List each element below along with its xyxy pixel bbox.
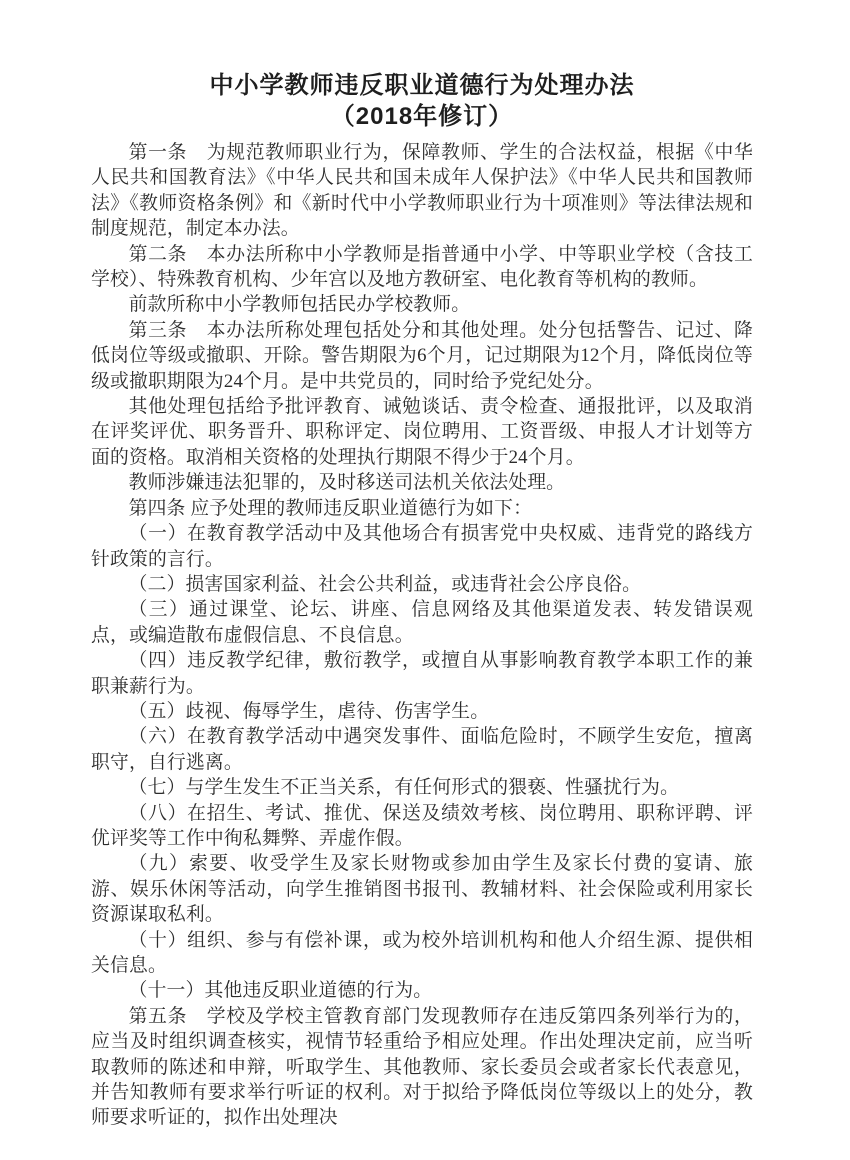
paragraph-item-4: （四）违反教学纪律，敷衍教学，或擅自从事影响教育教学本职工作的兼职兼薪行为。: [91, 648, 753, 699]
paragraph-item-10: （十）组织、参与有偿补课，或为校外培训机构和他人介绍生源、提供相关信息。: [91, 928, 753, 979]
paragraph-article-3: 第三条 本办法所称处理包括处分和其他处理。处分包括警告、记过、降低岗位等级或撤职…: [91, 318, 753, 394]
paragraph-item-7: （七）与学生发生不正当关系，有任何形式的猥亵、性骚扰行为。: [91, 775, 753, 800]
document-body: 第一条 为规范教师职业行为，保障教师、学生的合法权益，根据《中华人民共和国教育法…: [91, 140, 753, 1131]
paragraph-article-3-other: 其他处理包括给予批评教育、诫勉谈话、责令检查、通报批评，以及取消在评奖评优、职务…: [91, 394, 753, 470]
paragraph-article-3-criminal: 教师涉嫌违法犯罪的，及时移送司法机关依法处理。: [91, 470, 753, 495]
paragraph-item-1: （一）在教育教学活动中及其他场合有损害党中央权威、违背党的路线方针政策的言行。: [91, 521, 753, 572]
document-page: 中小学教师违反职业道德行为处理办法 （2018年修订） 第一条 为规范教师职业行…: [0, 0, 850, 1160]
paragraph-article-2-note: 前款所称中小学教师包括民办学校教师。: [91, 292, 753, 317]
paragraph-article-2: 第二条 本办法所称中小学教师是指普通中小学、中等职业学校（含技工学校）、特殊教育…: [91, 242, 753, 293]
paragraph-item-2: （二）损害国家利益、社会公共利益，或违背社会公序良俗。: [91, 572, 753, 597]
paragraph-article-4: 第四条 应予处理的教师违反职业道德行为如下：: [91, 496, 753, 521]
paragraph-item-5: （五）歧视、侮辱学生，虐待、伤害学生。: [91, 699, 753, 724]
paragraph-article-5: 第五条 学校及学校主管教育部门发现教师存在违反第四条列举行为的，应当及时组织调查…: [91, 1004, 753, 1131]
document-title: 中小学教师违反职业道德行为处理办法: [91, 70, 753, 101]
paragraph-item-3: （三）通过课堂、论坛、讲座、信息网络及其他渠道发表、转发错误观点，或编造散布虚假…: [91, 597, 753, 648]
paragraph-item-6: （六）在教育教学活动中遇突发事件、面临危险时，不顾学生安危，擅离职守，自行逃离。: [91, 724, 753, 775]
paragraph-item-11: （十一）其他违反职业道德的行为。: [91, 978, 753, 1003]
paragraph-item-8: （八）在招生、考试、推优、保送及绩效考核、岗位聘用、职称评聘、评优评奖等工作中徇…: [91, 801, 753, 852]
paragraph-item-9: （九）索要、收受学生及家长财物或参加由学生及家长付费的宴请、旅游、娱乐休闲等活动…: [91, 851, 753, 927]
document-subtitle: （2018年修订）: [91, 101, 753, 132]
paragraph-article-1: 第一条 为规范教师职业行为，保障教师、学生的合法权益，根据《中华人民共和国教育法…: [91, 140, 753, 242]
